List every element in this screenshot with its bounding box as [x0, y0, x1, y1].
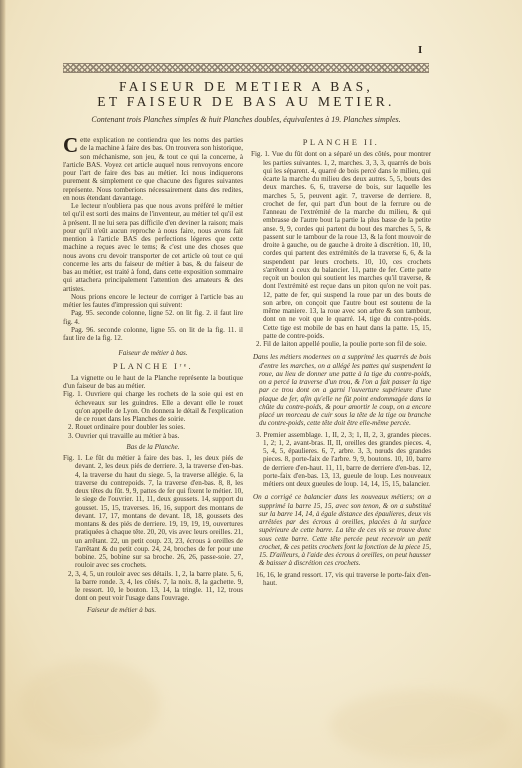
vignette-description: La vignette ou le haut de la Planche rep…: [63, 374, 243, 391]
paragraph-3: Nous prions encore le lecteur de corrige…: [63, 293, 243, 310]
footer-section-label: Faiseur de métier à bas.: [63, 606, 243, 614]
page-number: I: [418, 44, 422, 56]
fig-3-description: 3. Ouvrier qui travaille au métier à bas…: [63, 432, 243, 440]
paper-stain: [20, 660, 160, 750]
bas-de-planche-label: Bas de la Planche.: [63, 443, 243, 451]
intro-paragraph: Cette explication ne contiendra que les …: [63, 136, 243, 202]
drop-cap: C: [63, 136, 78, 154]
planche-2-fig-1: Fig. 1. Vue du fût dont on a séparé un d…: [251, 150, 431, 340]
right-column: PLANCHE II. Fig. 1. Vue du fût dont on a…: [251, 138, 431, 587]
document-page: I FAISEUR DE METIER A BAS, ET FAISEUR DE…: [0, 0, 522, 768]
modern-looms-note-1: Dans les métiers modernes on a supprimé …: [251, 353, 431, 427]
section-label: Faiseur de métier à bas.: [63, 349, 243, 357]
decorative-border-ornament: [63, 63, 429, 73]
page-title-line-2: ET FAISEUR DE BAS AU METIER.: [60, 95, 432, 109]
errata-2: Pag. 96. seconde colonne, ligne 55. on l…: [63, 326, 243, 343]
bas-fig-1-description: Fig. 1. Le fût du métier à faire des bas…: [63, 454, 243, 570]
planche-2-heading: PLANCHE II.: [251, 138, 431, 146]
modern-looms-note-2: On a corrigé ce balancier dans les nouve…: [251, 493, 431, 567]
planche-1-heading: PLANCHE Iʳᵉ.: [63, 362, 243, 370]
bas-fig-2-description: 2, 3, 4, 5, un rouloir avec ses détails.…: [63, 570, 243, 603]
paragraph-2: Le lecteur n'oubliera pas que nous avons…: [63, 202, 243, 293]
page-title-line-1: FAISEUR DE METIER A BAS,: [60, 80, 432, 94]
left-column: Cette explication ne contiendra que les …: [63, 136, 243, 617]
planche-2-fig-3: 3. Premier assemblage. 1, II, 2, 3; 1, I…: [251, 431, 431, 489]
fig-1-description: Fig. 1. Ouvriere qui charge les rochets …: [63, 390, 243, 423]
book-spine-shadow: [0, 0, 6, 768]
errata-1: Pag. 95. seconde colonne, ligne 52. on l…: [63, 309, 243, 326]
paper-stain: [330, 690, 510, 760]
intro-text: ette explication ne contiendra que les n…: [63, 136, 243, 202]
fig-2-description: 2. Rouet ordinaire pour doubler les soie…: [63, 423, 243, 431]
planche-2-fig-2: 2. Fil de laiton appellé poulie, la poul…: [251, 340, 431, 348]
planche-2-fig-16: 16, 16, le grand ressort. 17, vis qui tr…: [251, 571, 431, 588]
page-subtitle: Contenant trois Planches simples & huit …: [60, 115, 432, 124]
